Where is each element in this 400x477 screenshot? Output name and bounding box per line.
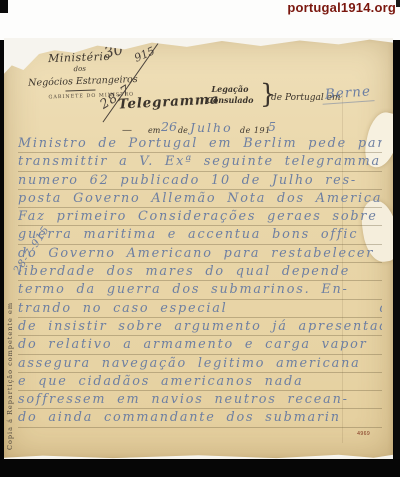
dateline-em-label: em (148, 126, 160, 135)
scan-corner-top-right (396, 0, 400, 7)
scan-edge-right (394, 110, 400, 459)
destination-option-consulado: Consulado (200, 95, 260, 106)
handwritten-line: do Governo Americano para restabelecer (18, 245, 382, 263)
destination-place-handwritten: Berne (321, 83, 374, 105)
handwritten-line: Faz primeiro Considerações geraes sobre (18, 208, 382, 226)
handwritten-line: soffressem em navios neutros recean- (18, 391, 382, 409)
destination-option-legacao: Legação (200, 84, 260, 95)
scanner-backing: Ministério dos Negócios Estrangeiros GAB… (4, 38, 393, 459)
telegram-body: Ministro de Portugal em Berlim pede para… (18, 135, 382, 428)
scan-top-band: portugal1914.org (0, 0, 400, 40)
handwritten-line: posta Governo Allemão Nota dos Americano… (18, 190, 382, 208)
telegram-paper: Ministério dos Negócios Estrangeiros GAB… (4, 38, 393, 459)
dateline-year-digit-handwritten: 5 (268, 119, 276, 134)
handwritten-line: de insistir sobre argumento já apresenta… (18, 318, 382, 336)
handwritten-line: do relativo a armamento e carga vapor (18, 336, 382, 354)
handwritten-line: trando no caso especial depois (18, 300, 382, 318)
site-watermark: portugal1914.org (287, 0, 396, 15)
destination-options: Legação Consulado (200, 84, 260, 105)
handwritten-line: Ministro de Portugal em Berlim pede para (18, 135, 382, 153)
printed-form-number: 4969 (357, 431, 370, 436)
handwritten-line: guerra maritima e accentua bons offic (18, 226, 382, 244)
dateline-day-handwritten: 26 (161, 119, 177, 134)
handwritten-line: termo da guerra dos submarinos. En- (18, 281, 382, 299)
dateline-month-handwritten: Julho (190, 120, 233, 135)
dateline-de-label: de (178, 126, 188, 135)
handwritten-line: transmittir a V. Exª seguinte telegramma (18, 153, 382, 171)
scan-corner-top-left (0, 0, 8, 13)
handwritten-line: assegura navegação legitimo americana (18, 355, 382, 373)
handwritten-line: e que cidadãos americanos nada (18, 373, 382, 391)
dateline-year-prefix-label: de 191 (240, 126, 271, 135)
handwritten-line: numero 62 publicado 10 de Julho res- (18, 172, 382, 190)
handwritten-line: do ainda commandante dos submarin (18, 409, 382, 427)
scanned-telegram-document: portugal1914.org Ministério dos Negócios… (0, 0, 400, 477)
handwritten-line: liberdade dos mares do qual depende (18, 263, 382, 281)
letterhead-rule (65, 89, 95, 91)
